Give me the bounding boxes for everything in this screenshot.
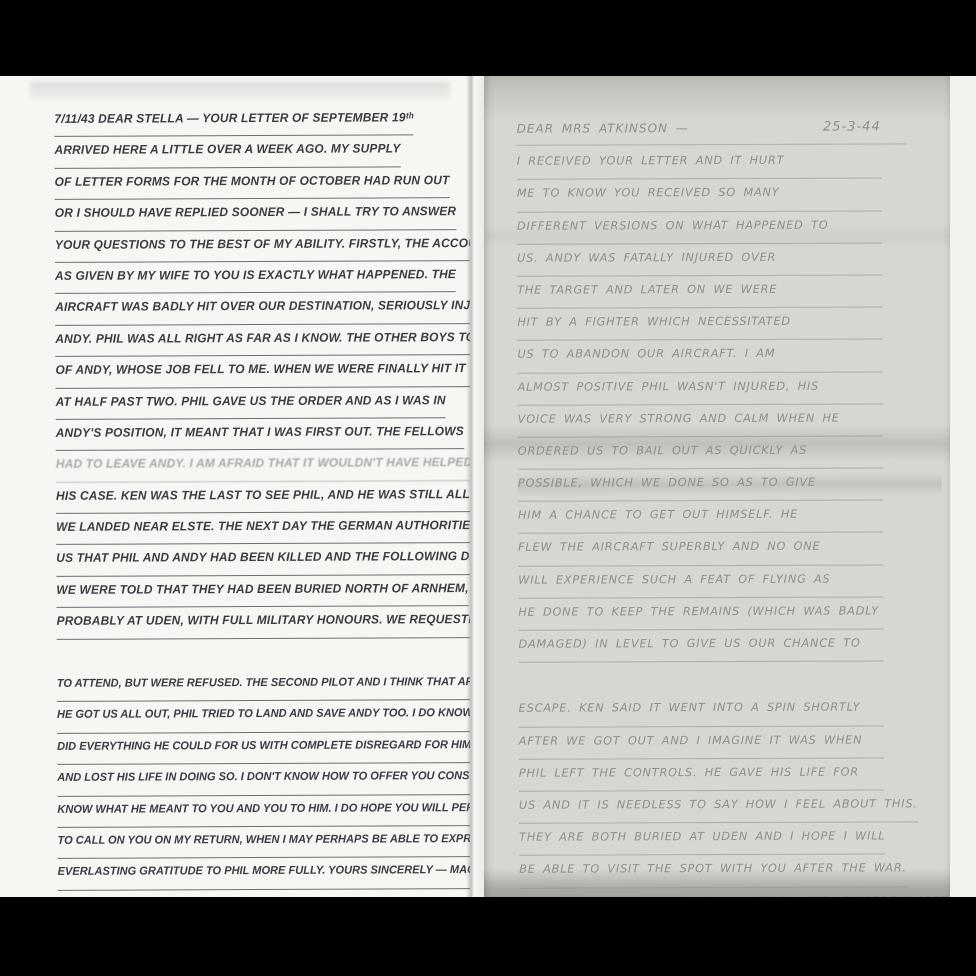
date-text: 25-3-44 <box>823 111 907 143</box>
photo-right-margin <box>950 76 976 897</box>
letter-line: HIS CASE. KEN WAS THE LAST TO SEE PHIL, … <box>56 479 464 512</box>
letter-line-text: HE GOT US ALL OUT, PHIL TRIED TO LAND AN… <box>57 698 470 733</box>
letter-line: US. ANDY WAS FATALLY INJURED OVER <box>517 241 941 275</box>
letter-line-text: DID EVERYTHING HE COULD FOR US WITH COMP… <box>57 730 470 765</box>
letter-line: WE LANDED NEAR ELSTE. THE NEXT DAY THE G… <box>56 510 464 543</box>
letter-line-text: HIS CASE. KEN WAS THE LAST TO SEE PHIL, … <box>56 479 470 514</box>
letter-line: AIRCRAFT WAS BADLY HIT OVER OUR DESTINAT… <box>55 290 463 323</box>
right-letter-page: DEAR MRS ATKINSON — 25-3-44 I RECEIVED Y… <box>484 76 950 897</box>
letter-line: AFTER WE GOT OUT AND I IMAGINE IT WAS WH… <box>519 724 943 758</box>
letter-line: DAMAGED) IN LEVEL TO GIVE US OUR CHANCE … <box>518 627 942 661</box>
letter-line-text: HIM A CHANCE TO GET OUT HIMSELF. HE <box>518 499 883 534</box>
letter-line: OF ANDY, WHOSE JOB FELL TO ME. WHEN WE W… <box>55 353 463 386</box>
letter-line-text: PHIL LEFT THE CONTROLS. HE GAVE HIS LIFE… <box>519 756 884 791</box>
letter-line: KNOW WHAT HE MEANT TO YOU AND YOU TO HIM… <box>57 793 465 826</box>
letter-line: US THAT PHIL AND ANDY HAD BEEN KILLED AN… <box>56 542 464 575</box>
letter-line-text: TO CALL ON YOU ON MY RETURN, WHEN I MAY … <box>57 824 470 859</box>
letter-line: THEY ARE BOTH BURIED AT UDEN AND I HOPE … <box>519 820 943 854</box>
letter-line-text: AT HALF PAST TWO. PHIL GAVE US THE ORDER… <box>56 385 446 420</box>
letter-line-text: WILL EXPERIENCE SUCH A FEAT OF FLYING AS <box>518 563 883 598</box>
greeting-text: DEAR MRS ATKINSON — <box>517 112 689 145</box>
letter-line: ANDY. PHIL WAS ALL RIGHT AS FAR AS I KNO… <box>55 322 463 355</box>
letter-line: US AND IT IS NEEDLESS TO SAY HOW I FEEL … <box>519 788 943 822</box>
letter-line-text: HE DONE TO KEEP THE REMAINS (WHICH WAS B… <box>518 595 883 630</box>
letters-photo: 7/11/43 DEAR STELLA — YOUR LETTER OF SEP… <box>0 76 976 897</box>
letter-line: PROBABLY AT UDEN, WITH FULL MILITARY HON… <box>56 604 464 637</box>
letter-line: WILL EXPERIENCE SUCH A FEAT OF FLYING AS <box>518 563 942 597</box>
letter-line-text: WE LANDED NEAR ELSTE. THE NEXT DAY THE G… <box>56 510 470 545</box>
letter-line-text: EVERLASTING GRATITUDE TO PHIL MORE FULLY… <box>58 855 470 890</box>
right-letter-heading: DEAR MRS ATKINSON — 25-3-44 <box>517 111 907 146</box>
letter-line: ALMOST POSITIVE PHIL WASN'T INJURED, HIS <box>517 370 941 404</box>
letter-line-text: PLEASE TRY AND NOT TAKE THING TOO HARD. … <box>519 885 950 897</box>
letter-line-text: ARRIVED HERE A LITTLE OVER A WEEK AGO. M… <box>54 134 400 169</box>
letter-line-text: AFTER WE GOT OUT AND I IMAGINE IT WAS WH… <box>519 724 884 759</box>
letter-line-text: US THAT PHIL AND ANDY HAD BEEN KILLED AN… <box>56 541 470 576</box>
letter-line: ANDY'S POSITION, IT MEANT THAT I WAS FIR… <box>56 416 464 449</box>
letter-line-text: AIRCRAFT WAS BADLY HIT OVER OUR DESTINAT… <box>55 290 470 325</box>
letter-line-text: BE ABLE TO VISIT THE SPOT WITH YOU AFTER… <box>519 853 907 889</box>
letter-line-text: US. ANDY WAS FATALLY INJURED OVER <box>517 241 882 276</box>
letter-line: THE TARGET AND LATER ON WE WERE <box>517 273 941 307</box>
letter-line-text: POSSIBLE, WHICH WE DONE SO AS TO GIVE <box>518 467 883 502</box>
letter-line: PHIL LEFT THE CONTROLS. HE GAVE HIS LIFE… <box>519 756 943 790</box>
letter-line: 7/11/43 DEAR STELLA — YOUR LETTER OF SEP… <box>54 102 462 135</box>
letter-line-text: DAMAGED) IN LEVEL TO GIVE US OUR CHANCE … <box>518 627 883 662</box>
letter-line-text: US AND IT IS NEEDLESS TO SAY HOW I FEEL … <box>519 788 918 824</box>
letter-line-text: VOICE WAS VERY STRONG AND CALM WHEN HE <box>518 402 883 437</box>
letter-line-text: YOUR QUESTIONS TO THE BEST OF MY ABILITY… <box>55 228 470 263</box>
letter-line: OR I SHOULD HAVE REPLIED SOONER — I SHAL… <box>55 196 463 229</box>
letter-line: OF LETTER FORMS FOR THE MONTH OF OCTOBER… <box>55 165 463 198</box>
letter-line: EVERLASTING GRATITUDE TO PHIL MORE FULLY… <box>58 855 466 888</box>
letter-line-text: AND LOST HIS LIFE IN DOING SO. I DON'T K… <box>57 761 470 797</box>
letter-line: TO ATTEND, BUT WERE REFUSED. THE SECOND … <box>57 667 465 700</box>
letter-line-text: WE WERE TOLD THAT THEY HAD BEEN BURIED N… <box>56 573 468 608</box>
letter-line-text: 7/11/43 DEAR STELLA — YOUR LETTER OF SEP… <box>54 102 413 137</box>
letter-line: US TO ABANDON OUR AIRCRAFT. I AM <box>517 338 941 372</box>
letter-line: PLEASE TRY AND NOT TAKE THING TOO HARD. … <box>519 885 943 897</box>
letter-line-text: HAD TO LEAVE ANDY. I AM AFRAID THAT IT W… <box>56 447 470 482</box>
letter-line: DIFFERENT VERSIONS ON WHAT HAPPENED TO <box>517 209 941 243</box>
letter-line: WE WERE TOLD THAT THEY HAD BEEN BURIED N… <box>56 573 464 606</box>
letter-line: I RECEIVED YOUR LETTER AND IT HURT <box>517 144 941 178</box>
letter-line-text: KNOW WHAT HE MEANT TO YOU AND YOU TO HIM… <box>57 792 470 827</box>
page-seam <box>466 76 484 897</box>
letter-line: HE DONE TO KEEP THE REMAINS (WHICH WAS B… <box>518 595 942 629</box>
letter-line: ORDERED US TO BAIL OUT AS QUICKLY AS <box>518 434 942 468</box>
letter-line: VOICE WAS VERY STRONG AND CALM WHEN HE <box>518 402 942 436</box>
letter-line: ME TO KNOW YOU RECEIVED SO MANY <box>517 177 941 211</box>
letter-line-text: ALMOST POSITIVE PHIL WASN'T INJURED, HIS <box>517 370 882 405</box>
letter-line-text: THE TARGET AND LATER ON WE WERE <box>517 273 882 308</box>
letter-line-text: THEY ARE BOTH BURIED AT UDEN AND I HOPE … <box>519 821 885 856</box>
letter-line: TO CALL ON YOU ON MY RETURN, WHEN I MAY … <box>57 824 465 857</box>
letter-line-text: AS GIVEN BY MY WIFE TO YOU IS EXACTLY WH… <box>55 259 456 294</box>
letter-line-text: ESCAPE. KEN SAID IT WENT INTO A SPIN SHO… <box>519 692 884 727</box>
letter-line: POSSIBLE, WHICH WE DONE SO AS TO GIVE <box>518 466 942 500</box>
photo-frame: 7/11/43 DEAR STELLA — YOUR LETTER OF SEP… <box>0 0 976 976</box>
letter-line <box>57 636 465 669</box>
left-letter-page: 7/11/43 DEAR STELLA — YOUR LETTER OF SEP… <box>0 76 470 897</box>
letter-line: YOUR QUESTIONS TO THE BEST OF MY ABILITY… <box>55 228 463 261</box>
letter-line-text: I RECEIVED YOUR LETTER AND IT HURT <box>517 145 882 180</box>
letter-line <box>519 659 943 693</box>
letter-line-text: ANDY'S POSITION, IT MEANT THAT I WAS FIR… <box>56 416 464 451</box>
letter-line-text: FLEW THE AIRCRAFT SUPERBLY AND NO ONE <box>518 531 883 566</box>
letter-line: DID EVERYTHING HE COULD FOR US WITH COMP… <box>57 730 465 763</box>
letter-line: HIM A CHANCE TO GET OUT HIMSELF. HE <box>518 499 942 533</box>
letter-line-text: OF ANDY, WHOSE JOB FELL TO ME. WHEN WE W… <box>55 353 470 388</box>
letter-line: HIT BY A FIGHTER WHICH NECESSITATED <box>517 305 941 339</box>
letter-line-text: ANDY. PHIL WAS ALL RIGHT AS FAR AS I KNO… <box>55 322 470 357</box>
letter-line-text: US TO ABANDON OUR AIRCRAFT. I AM <box>517 338 882 373</box>
letter-line-text: ORDERED US TO BAIL OUT AS QUICKLY AS <box>518 434 883 469</box>
right-letter-text: DEAR MRS ATKINSON — 25-3-44 I RECEIVED Y… <box>517 111 944 897</box>
letter-line: HAD TO LEAVE ANDY. I AM AFRAID THAT IT W… <box>56 447 464 480</box>
letter-line-text: OR I SHOULD HAVE REPLIED SOONER — I SHAL… <box>55 196 457 231</box>
letter-line: ARRIVED HERE A LITTLE OVER A WEEK AGO. M… <box>54 134 462 167</box>
letter-line-text: TO ATTEND, BUT WERE REFUSED. THE SECOND … <box>57 667 470 702</box>
right-letter-body: I RECEIVED YOUR LETTER AND IT HURT ME TO… <box>517 144 944 897</box>
letter-line: FLEW THE AIRCRAFT SUPERBLY AND NO ONE <box>518 531 942 565</box>
letter-line: BE ABLE TO VISIT THE SPOT WITH YOU AFTER… <box>519 853 943 887</box>
letter-line-text: PROBABLY AT UDEN, WITH FULL MILITARY HON… <box>56 604 470 640</box>
letter-line-text: DIFFERENT VERSIONS ON WHAT HAPPENED TO <box>517 209 882 244</box>
letter-line: AT HALF PAST TWO. PHIL GAVE US THE ORDER… <box>56 385 464 418</box>
letter-line-text: OF LETTER FORMS FOR THE MONTH OF OCTOBER… <box>55 165 450 200</box>
letter-line-text: HIT BY A FIGHTER WHICH NECESSITATED <box>517 306 882 341</box>
letter-line: HE GOT US ALL OUT, PHIL TRIED TO LAND AN… <box>57 699 465 732</box>
letter-line: AND LOST HIS LIFE IN DOING SO. I DON'T K… <box>57 761 465 794</box>
left-letter-text: 7/11/43 DEAR STELLA — YOUR LETTER OF SEP… <box>54 102 465 889</box>
letter-line-text: ME TO KNOW YOU RECEIVED SO MANY <box>517 177 882 212</box>
letter-line: ESCAPE. KEN SAID IT WENT INTO A SPIN SHO… <box>519 692 943 726</box>
letter-line: AS GIVEN BY MY WIFE TO YOU IS EXACTLY WH… <box>55 259 463 292</box>
